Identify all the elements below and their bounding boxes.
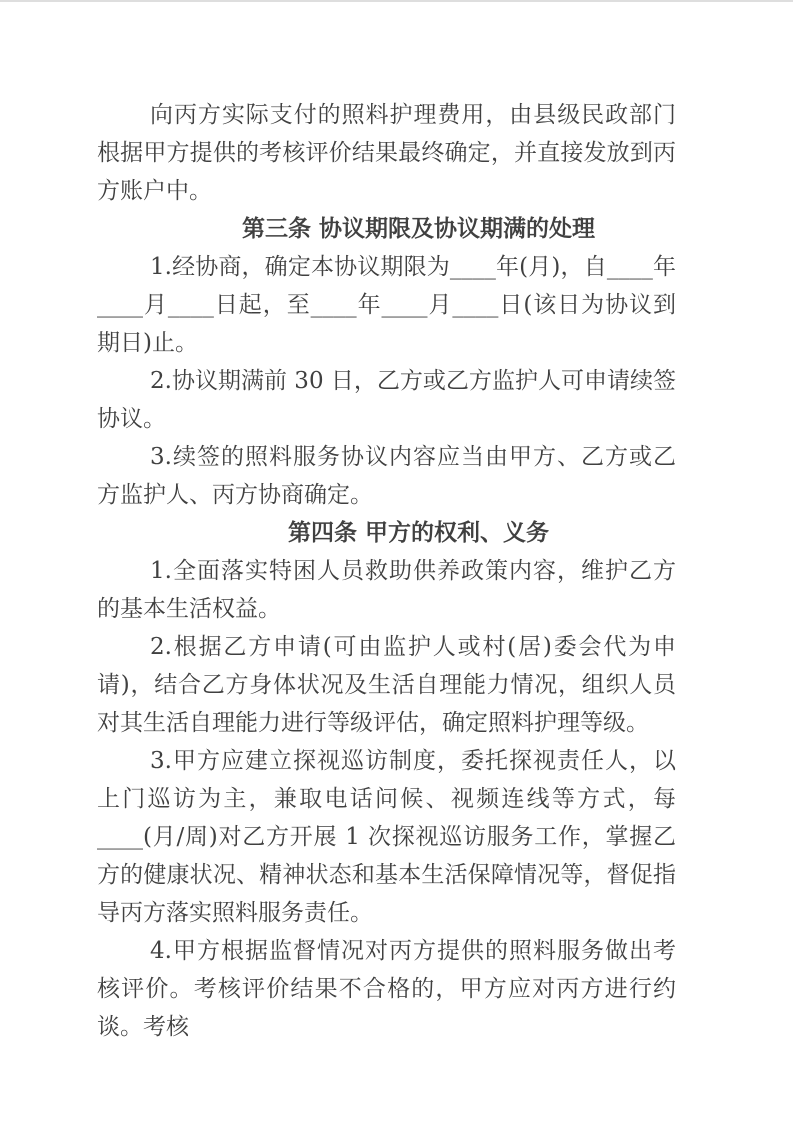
clause-4-3-visit-and-inspection-system: 3.甲方应建立探视巡访制度，委托探视责任人，以上门巡访为主，兼取电话问候、视频连… [97,742,676,932]
clause-3-3-renewal-content: 3.续签的照料服务协议内容应当由甲方、乙方或乙方监护人、丙方协商确定。 [97,438,676,514]
clause-3-1-agreement-term-dates: 1.经协商，确定本协议期限为____年(月)，自____年____月____日起… [97,248,676,362]
document-content: 向丙方实际支付的照料护理费用，由县级民政部门根据甲方提供的考核评价结果最终确定，… [97,96,676,1046]
clause-4-1-implement-support-policy: 1.全面落实特困人员救助供养政策内容，维护乙方的基本生活权益。 [97,552,676,628]
document-page: 向丙方实际支付的照料护理费用，由县级民政部门根据甲方提供的考核评价结果最终确定，… [0,0,793,1122]
clause-4-2-capability-assessment: 2.根据乙方申请(可由监护人或村(居)委会代为申请)，结合乙方身体状况及生活自理… [97,628,676,742]
clause-3-2-renewal-request: 2.协议期满前 30 日，乙方或乙方监护人可申请续签协议。 [97,362,676,438]
paragraph-care-fee-settlement: 向丙方实际支付的照料护理费用，由县级民政部门根据甲方提供的考核评价结果最终确定，… [97,96,676,210]
heading-article-3-term-and-expiry: 第三条 协议期限及协议期满的处理 [97,210,676,248]
clause-4-4-service-evaluation: 4.甲方根据监督情况对丙方提供的照料服务做出考核评价。考核评价结果不合格的，甲方… [97,932,676,1046]
heading-article-4-party-a-rights-obligations: 第四条 甲方的权利、义务 [97,514,676,552]
